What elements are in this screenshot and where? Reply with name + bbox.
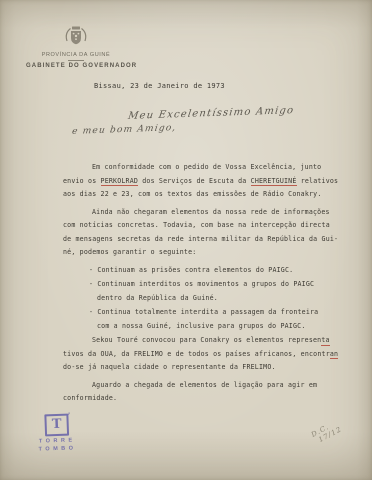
red-underlined-term: ta [321,336,329,346]
body-line: Sekou Touré convocou para Conakry os ele… [63,334,329,348]
body-line: com notícias concretas. Todavia, com bas… [63,219,329,233]
body-text: tivos da OUA, da FRELIMO e de todos os p… [63,350,330,358]
letterhead: PROVÍNCIA DA GUINÉ GABINETE DO GOVERNADO… [26,24,126,69]
red-underlined-term: an [330,350,338,360]
body-text: Sekou Touré convocou para Conakry os ele… [92,336,321,344]
letterhead-divider [68,60,84,61]
paragraph-2: Ainda não chegaram elementos da nossa re… [63,206,329,260]
stamp-word-tombo: TOMBO [30,445,84,453]
paragraph-4: Sekou Touré convocou para Conakry os ele… [63,334,329,375]
bullet-line: - Continua totalmente interdita a passag… [63,306,329,320]
body-line: Ainda não chegaram elementos da nossa re… [63,206,329,220]
body-line: aos dias 22 e 23, com os textos das emis… [63,188,329,202]
body-line: do-se já naquela cidade o representante … [63,361,329,375]
body-line: envio os PERKOLRAD dos Serviços de Escut… [63,175,329,189]
stamp-box-icon: T ’ [44,414,69,437]
bullet-line: - Continuam as prisões contra elementos … [63,264,329,278]
letter-body: Em conformidade com o pedido de Vossa Ex… [63,161,329,410]
coat-of-arms-icon [62,24,90,50]
scanned-letter-page: PROVÍNCIA DA GUINÉ GABINETE DO GOVERNADO… [0,0,372,480]
letterhead-province: PROVÍNCIA DA GUINÉ [26,52,126,58]
body-text: dos Serviços de Escuta da [138,177,251,185]
handwritten-salutation-line1: Meu Excelentíssimo Amigo [127,105,295,122]
body-text: relativos [297,177,339,185]
paragraph-1: Em conformidade com o pedido de Vossa Ex… [63,161,329,202]
stamp-letter: T [46,416,67,435]
letterhead-office: GABINETE DO GOVERNADOR [26,63,126,69]
stamp-word-torre: TORRE [30,437,84,445]
pencil-annotation: D.C. 17/12 [310,418,343,446]
dateline: Bissau, 23 de Janeiro de 1973 [94,82,225,90]
bullet-item-3: - Continua totalmente interdita a passag… [63,306,329,333]
body-line: tivos da OUA, da FRELIMO e de todos os p… [63,348,329,362]
body-line: Em conformidade com o pedido de Vossa Ex… [63,161,329,175]
bullet-item-1: - Continuam as prisões contra elementos … [63,264,329,278]
bullet-line: dentro da República da Guiné. [63,292,329,306]
body-text: envio os [63,177,101,185]
body-line: conformidade. [63,392,329,406]
body-line: né, podemos garantir o seguinte: [63,246,329,260]
stamp-tick-mark: ’ [66,411,71,420]
bullet-item-2: - Continuam interditos os movimentos a g… [63,278,329,305]
paragraph-5: Aguardo a chegada de elementos de ligaçã… [63,379,329,406]
red-underlined-term: CHERETGUINÉ [251,177,297,187]
body-line: Aguardo a chegada de elementos de ligaçã… [63,379,329,393]
archive-stamp: T ’ TORRE TOMBO [29,413,84,453]
handwritten-salutation-line2: e meu bom Amigo, [71,123,177,137]
bullet-line: com a nossa Guiné, inclusive para grupos… [63,320,329,334]
red-underlined-term: PERKOLRAD [101,177,139,187]
body-line: de mensagens secretas da rede interna mi… [63,233,329,247]
bullet-line: - Continuam interditos os movimentos a g… [63,278,329,292]
